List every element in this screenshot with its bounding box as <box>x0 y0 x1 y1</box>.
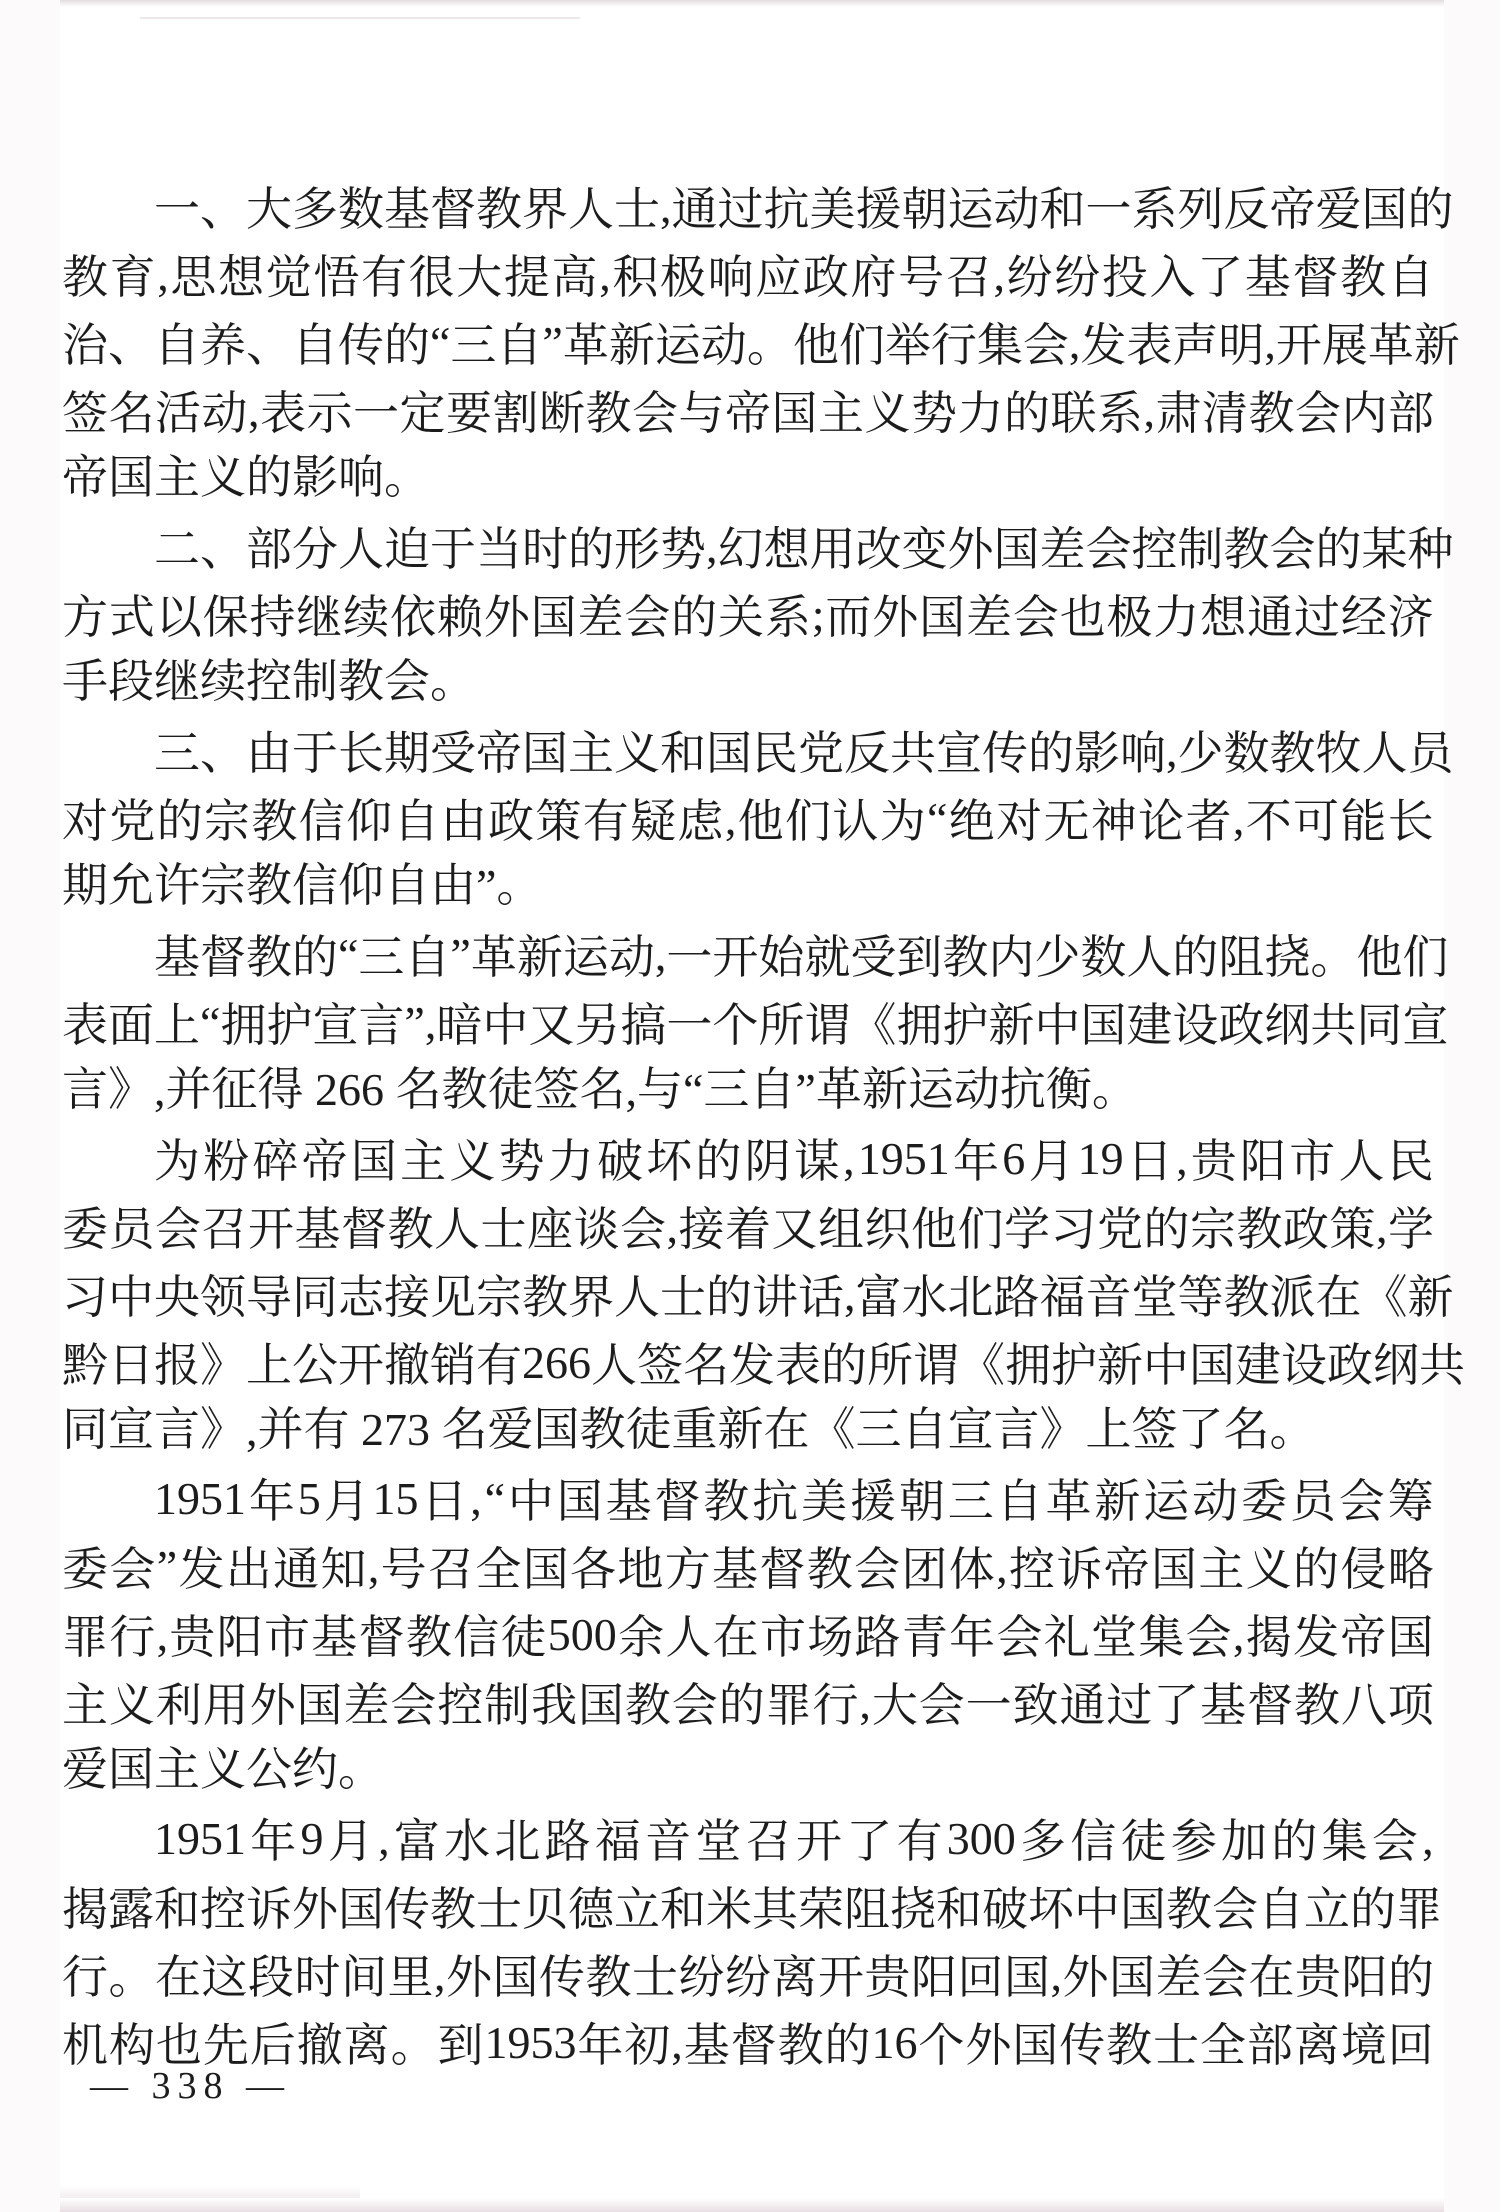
text-line: 揭露和控诉外国传教士贝德立和米其荣阻挠和破坏中国教会自立的罪 <box>62 1872 1434 1940</box>
paragraph: 1951年9月,富水北路福音堂召开了有300多信徒参加的集会,揭露和控诉外国传教… <box>62 1804 1434 2076</box>
text-line: 帝国主义的影响。 <box>62 444 1434 512</box>
page-edge-bottom-shadow <box>60 2186 360 2198</box>
text-line: 手段继续控制教会。 <box>62 648 1434 716</box>
text-line: 言》,并征得 266 名教徒签名,与“三自”革新运动抗衡。 <box>62 1056 1434 1124</box>
text-line: 一、大多数基督教界人士,通过抗美援朝运动和一系列反帝爱国的 <box>62 172 1434 240</box>
text-line: 1951年9月,富水北路福音堂召开了有300多信徒参加的集会, <box>62 1804 1434 1872</box>
paragraph: 二、部分人迫于当时的形势,幻想用改变外国差会控制教会的某种方式以保持继续依赖外国… <box>62 512 1434 716</box>
text-line: 二、部分人迫于当时的形势,幻想用改变外国差会控制教会的某种 <box>62 512 1434 580</box>
page-edge-top-scan-line <box>140 17 580 19</box>
text-line: 期允许宗教信仰自由”。 <box>62 852 1434 920</box>
text-line: 方式以保持继续依赖外国差会的关系;而外国差会也极力想通过经济 <box>62 580 1434 648</box>
text-line: 对党的宗教信仰自由政策有疑虑,他们认为“绝对无神论者,不可能长 <box>62 784 1434 852</box>
body-text: 一、大多数基督教界人士,通过抗美援朝运动和一系列反帝爱国的教育,思想觉悟有很大提… <box>62 172 1434 2076</box>
text-line: 1951年5月15日,“中国基督教抗美援朝三自革新运动委员会筹 <box>62 1464 1434 1532</box>
text-line: 行。在这段时间里,外国传教士纷纷离开贵阳回国,外国差会在贵阳的 <box>62 1940 1434 2008</box>
text-line: 签名活动,表示一定要割断教会与帝国主义势力的联系,肃清教会内部 <box>62 376 1434 444</box>
text-line: 表面上“拥护宣言”,暗中又另搞一个所谓《拥护新中国建设政纲共同宣 <box>62 988 1434 1056</box>
text-line: 委会”发出通知,号召全国各地方基督教会团体,控诉帝国主义的侵略 <box>62 1532 1434 1600</box>
paragraph: 三、由于长期受帝国主义和国民党反共宣传的影响,少数教牧人员对党的宗教信仰自由政策… <box>62 716 1434 920</box>
text-line: 爱国主义公约。 <box>62 1736 1434 1804</box>
paragraph: 基督教的“三自”革新运动,一开始就受到教内少数人的阻挠。他们表面上“拥护宣言”,… <box>62 920 1434 1124</box>
text-line: 习中央领导同志接见宗教界人士的讲话,富水北路福音堂等教派在《新 <box>62 1260 1434 1328</box>
text-line: 主义利用外国差会控制我国教会的罪行,大会一致通过了基督教八项 <box>62 1668 1434 1736</box>
page-number: — 338 — <box>90 2064 291 2108</box>
text-line: 治、自养、自传的“三自”革新运动。他们举行集会,发表声明,开展革新 <box>62 308 1434 376</box>
text-line: 委员会召开基督教人士座谈会,接着又组织他们学习党的宗教政策,学 <box>62 1192 1434 1260</box>
paragraph: 一、大多数基督教界人士,通过抗美援朝运动和一系列反帝爱国的教育,思想觉悟有很大提… <box>62 172 1434 512</box>
text-line: 基督教的“三自”革新运动,一开始就受到教内少数人的阻挠。他们 <box>62 920 1434 988</box>
text-line: 黔日报》上公开撤销有266人签名发表的所谓《拥护新中国建设政纲共 <box>62 1328 1434 1396</box>
text-line: 同宣言》,并有 273 名爱国教徒重新在《三自宣言》上签了名。 <box>62 1396 1434 1464</box>
page-edge-bottom <box>60 2198 1444 2212</box>
paragraph: 为粉碎帝国主义势力破坏的阴谋,1951年6月19日,贵阳市人民委员会召开基督教人… <box>62 1124 1434 1464</box>
paragraph: 1951年5月15日,“中国基督教抗美援朝三自革新运动委员会筹委会”发出通知,号… <box>62 1464 1434 1804</box>
text-line: 为粉碎帝国主义势力破坏的阴谋,1951年6月19日,贵阳市人民 <box>62 1124 1434 1192</box>
text-line: 罪行,贵阳市基督教信徒500余人在市场路青年会礼堂集会,揭发帝国 <box>62 1600 1434 1668</box>
page-edge-top <box>60 0 1444 7</box>
text-line: 三、由于长期受帝国主义和国民党反共宣传的影响,少数教牧人员 <box>62 716 1434 784</box>
text-line: 教育,思想觉悟有很大提高,积极响应政府号召,纷纷投入了基督教自 <box>62 240 1434 308</box>
document-canvas: 一、大多数基督教界人士,通过抗美援朝运动和一系列反帝爱国的教育,思想觉悟有很大提… <box>0 0 1500 2212</box>
